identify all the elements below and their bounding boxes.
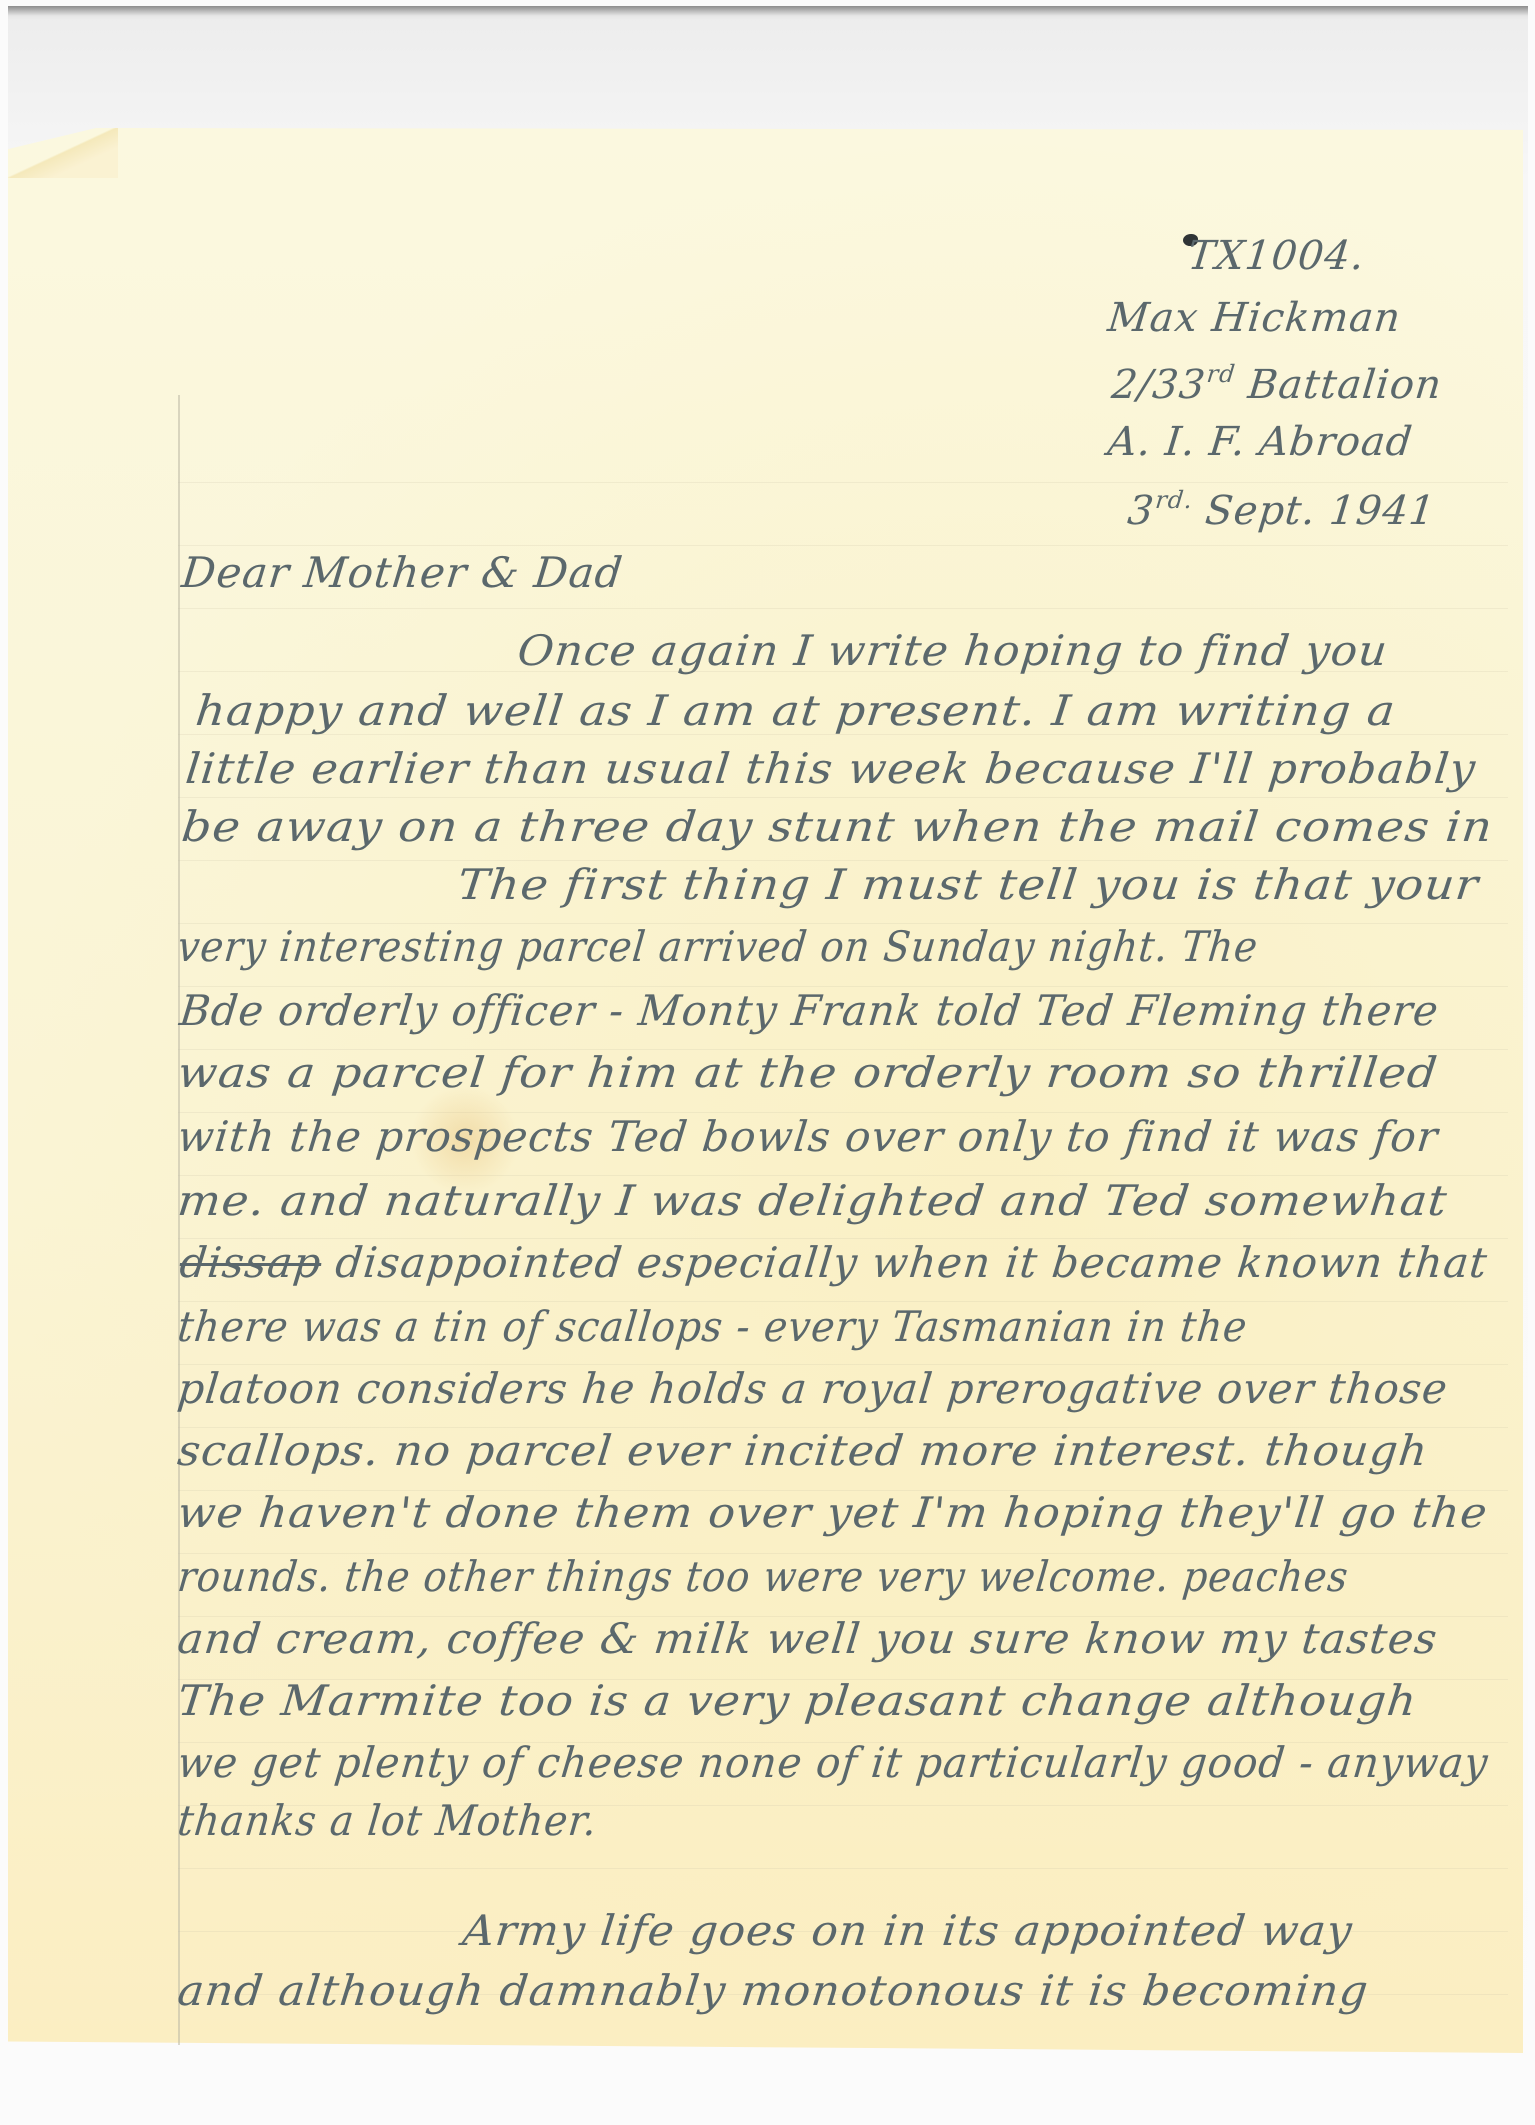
crossed-out-word: dissap [177,1238,324,1287]
letter-line: be away on a three day stunt when the ma… [180,806,1495,848]
scanned-page: TX1004. Max Hickman 2/33rd Battalion A. … [0,0,1535,2125]
letter-line: platoon considers he holds a royal prero… [176,1368,1450,1410]
ruled-line [178,545,1508,546]
letter-line: Bde orderly officer - Monty Frank told T… [178,990,1441,1032]
letter-line: little earlier than usual this week beca… [184,748,1478,790]
force-line: A. I. F. Abroad [1106,422,1415,462]
ruled-line [178,797,1508,798]
letter-line: happy and well as I am at present. I am … [194,690,1398,732]
letter-line: dissap disappointed especially when it b… [178,1242,1490,1284]
letter-line: Army life goes on in its appointed way [461,1910,1355,1952]
folded-corner [8,128,118,178]
letter-line: we get plenty of cheese none of it parti… [176,1742,1491,1784]
letter-line: and cream, coffee & milk well you sure k… [176,1618,1440,1660]
salutation: Dear Mother & Dad [180,552,625,594]
letter-line: thanks a lot Mother. [176,1800,600,1842]
letter-line: very interesting parcel arrived on Sunda… [176,926,1261,968]
letter-line: and although damnably monotonous it is b… [176,1970,1371,2012]
letter-line: The Marmite too is a very pleasant chang… [176,1680,1420,1722]
letter-line: scallops. no parcel ever incited more in… [176,1430,1431,1472]
letter-line: The first thing I must tell you is that … [456,864,1481,906]
date-line: 3rd. Sept. 1941 [1126,488,1438,531]
letter-line: rounds. the other things too were very w… [176,1556,1351,1598]
ruled-line [178,482,1508,483]
ruled-line [178,1868,1508,1869]
letter-line: there was a tin of scallops - every Tasm… [176,1306,1250,1348]
letter-line: Once again I write hoping to find you [516,630,1390,672]
scanner-edge-shadow [8,6,1528,20]
letter-line: with the prospects Ted bowls over only t… [176,1116,1441,1158]
ruled-line [178,608,1508,609]
letter-line: we haven't done them over yet I'm hoping… [176,1492,1490,1534]
unit-line: 2/33rd Battalion [1110,362,1445,405]
letter-line: me. and naturally I was delighted and Te… [176,1180,1450,1222]
service-number: TX1004. [1186,236,1367,276]
sender-name: Max Hickman [1106,298,1403,338]
letter-line: was a parcel for him at the orderly room… [176,1052,1440,1094]
